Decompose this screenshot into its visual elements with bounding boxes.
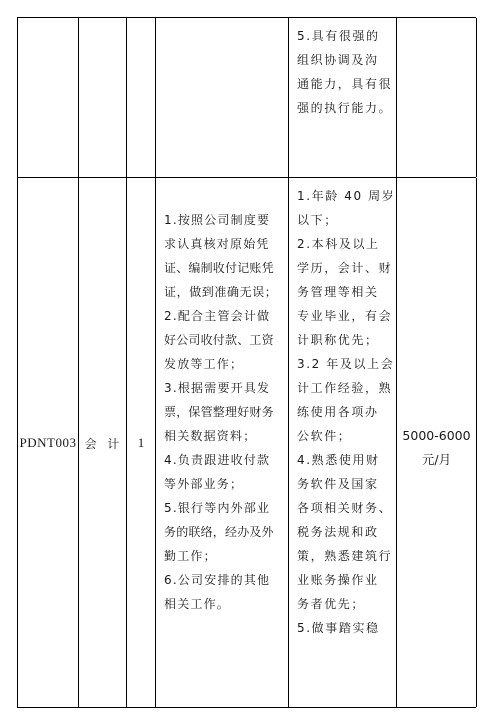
duty-line: 好公司收付款、工资 xyxy=(164,328,284,352)
duty-line: 证、编制收付记账凭 xyxy=(164,256,284,280)
duty-line: 1.按照公司制度要 xyxy=(164,208,284,232)
duty-line: 等外部业务； xyxy=(164,472,284,496)
requirement-line: 练使用各项办 xyxy=(297,400,392,424)
requirement-line: 1.年龄 40 周岁 xyxy=(297,184,392,208)
duty-line: 2.配合主管会计做 xyxy=(164,304,284,328)
requirement-line: 务者优先； xyxy=(297,592,392,616)
cell-requirements: 5.具有很强的 组织协调及沟 通能力，具有很 强的执行能力。 xyxy=(289,18,397,177)
cell-position: 会 计 xyxy=(79,178,127,707)
requirement-line: 5.做事踏实稳 xyxy=(297,616,392,640)
table-row: PDNT003 会 计 1 1.按照公司制度要 求认真核对原始凭 证、编制收付记… xyxy=(17,178,476,708)
requirement-line: 4.熟悉使用财 xyxy=(297,448,392,472)
cell-position xyxy=(79,18,127,177)
requirement-line: 学历，会计、财 xyxy=(297,256,392,280)
cell-headcount: 1 xyxy=(127,178,156,707)
duty-line: 5.银行等内外部业 xyxy=(164,496,284,520)
requirement-line: 强的执行能力。 xyxy=(297,96,392,120)
cell-requirements: 1.年龄 40 周岁 以下； 2.本科及以上 学历，会计、财 务管理等相关 专业… xyxy=(289,178,397,707)
cell-salary: 5000-6000 元/月 xyxy=(397,178,477,707)
requirements-text: 1.年龄 40 周岁 以下； 2.本科及以上 学历，会计、财 务管理等相关 专业… xyxy=(297,184,392,640)
requirement-line: 计职称优先； xyxy=(297,328,392,352)
duty-line: 证，做到准确无误； xyxy=(164,280,284,304)
requirement-line: 税务法规和政 xyxy=(297,520,392,544)
requirement-line: 2.本科及以上 xyxy=(297,232,392,256)
requirement-line: 组织协调及沟 xyxy=(297,48,392,72)
requirements-text: 5.具有很强的 组织协调及沟 通能力，具有很 强的执行能力。 xyxy=(297,24,392,120)
job-code: PDNT003 xyxy=(18,435,78,451)
duty-line: 求认真核对原始凭 xyxy=(164,232,284,256)
duty-line: 3.根据需要开具发 xyxy=(164,376,284,400)
cell-code xyxy=(18,18,79,177)
duty-line: 6.公司安排的其他 xyxy=(164,568,284,592)
requirement-line: 公软件； xyxy=(297,424,392,448)
requirement-line: 务管理等相关 xyxy=(297,280,392,304)
requirement-line: 各项相关财务、 xyxy=(297,496,392,520)
requirement-line: 专业毕业，有会 xyxy=(297,304,392,328)
duty-line: 发放等工作； xyxy=(164,352,284,376)
requirement-line: 业账务操作业 xyxy=(297,568,392,592)
salary-unit: 元/月 xyxy=(397,448,476,472)
requirement-line: 务软件及国家 xyxy=(297,472,392,496)
requirement-line: 通能力，具有很 xyxy=(297,72,392,96)
salary-range: 5000-6000 xyxy=(397,424,476,448)
requirement-line: 3.2 年及以上会 xyxy=(297,352,392,376)
job-posting-table: 5.具有很强的 组织协调及沟 通能力，具有很 强的执行能力。 PDNT003 会… xyxy=(17,17,476,708)
requirement-line: 5.具有很强的 xyxy=(297,24,392,48)
cell-headcount xyxy=(127,18,156,177)
cell-salary xyxy=(397,18,477,177)
cell-duties: 1.按照公司制度要 求认真核对原始凭 证、编制收付记账凭 证，做到准确无误； 2… xyxy=(156,178,289,707)
requirement-line: 策，熟悉建筑行 xyxy=(297,544,392,568)
salary-text: 5000-6000 元/月 xyxy=(397,424,476,472)
job-headcount: 1 xyxy=(127,435,155,451)
duty-line: 票，保管整理好财务 xyxy=(164,400,284,424)
cell-code: PDNT003 xyxy=(18,178,79,707)
cell-duties xyxy=(156,18,289,177)
duty-line: 4.负责跟进收付款 xyxy=(164,448,284,472)
table-row: 5.具有很强的 组织协调及沟 通能力，具有很 强的执行能力。 xyxy=(17,17,476,178)
requirement-line: 以下； xyxy=(297,208,392,232)
duty-line: 勤工作； xyxy=(164,544,284,568)
duties-text: 1.按照公司制度要 求认真核对原始凭 证、编制收付记账凭 证，做到准确无误； 2… xyxy=(164,208,284,616)
job-position: 会 计 xyxy=(79,435,126,452)
duty-line: 务的联络，经办及外 xyxy=(164,520,284,544)
requirement-line: 计工作经验，熟 xyxy=(297,376,392,400)
duty-line: 相关数据资料； xyxy=(164,424,284,448)
duty-line: 相关工作。 xyxy=(164,592,284,616)
